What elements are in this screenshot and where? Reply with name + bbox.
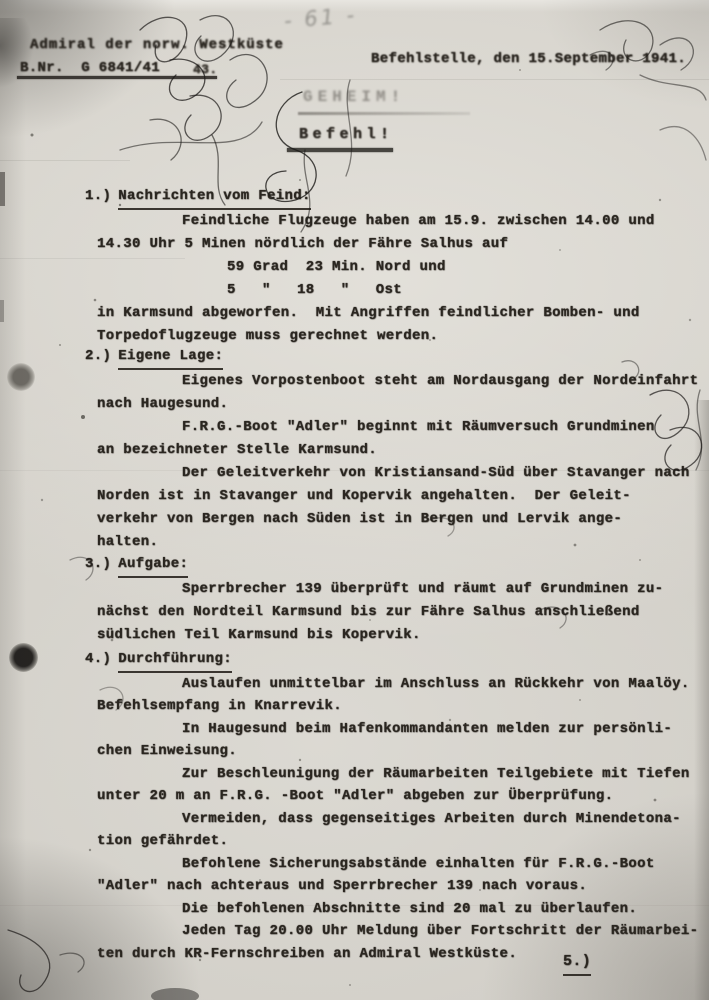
letterhead-underline [17,76,217,79]
order-section: 3.)Aufgabe:Sperrbrecher 139 überprüft un… [85,553,685,647]
order-text-line: Vermeiden, dass gegenseitiges Arbeiten d… [97,808,685,831]
secret-classification-stamp: Geheim! [303,88,405,106]
order-section: 1.)Nachrichten vom Feind:Feindliche Flug… [85,185,685,348]
order-text-line: Feindliche Flugzeuge haben am 15.9. zwis… [97,210,685,233]
punch-hole-upper [7,363,35,391]
order-text-line: unter 20 m an F.R.G. -Boot "Adler" abgeb… [97,785,685,808]
section-heading: Durchführung: [118,648,232,673]
section-heading-row: 3.)Aufgabe: [85,553,685,578]
order-section: 2.)Eigene Lage:Eigenes Vorpostenboot ste… [85,345,685,554]
order-text-line: 14.30 Uhr 5 Minen nördlich der Fähre Sal… [97,233,685,256]
paper-shading-left-edge [0,0,26,1000]
order-text-line: Befehlsempfang in Knarrevik. [97,695,685,718]
section-heading: Nachrichten vom Feind: [118,185,311,210]
order-text-line: Befohlene Sicherungsabstände einhalten f… [97,853,685,876]
paper-shading-right-edge [694,400,709,1000]
order-text-line: nächst den Nordteil Karmsund bis zur Fäh… [97,601,685,624]
section-heading: Eigene Lage: [118,345,223,370]
order-text-line: tion gefährdet. [97,830,685,853]
handwritten-page-number: - 61 - [283,3,358,33]
order-text-line: Auslaufen unmittelbar im Anschluss an Rü… [97,673,685,696]
order-text-line: Der Geleitverkehr von Kristiansand-Süd ü… [97,462,685,485]
document-title-underline [287,148,393,152]
order-text-line: Zur Beschleunigung der Räumarbeiten Teil… [97,763,685,786]
order-text-line: verkehr von Bergen nach Süden ist in Ber… [97,508,685,531]
section-number: 3.) [85,553,111,576]
section-number: 2.) [85,345,111,368]
paper-crease [280,79,709,80]
section-heading-row: 4.)Durchführung: [85,648,685,673]
scanned-document-page: - 61 - Admiral der norw. Westküste B.Nr.… [0,0,709,1000]
order-text-line: chen Einweisung. [97,740,685,763]
continuation-marker: 5.) [563,950,591,976]
order-text-line: ten durch KR-Fernschreiben an Admiral We… [97,943,685,966]
order-text-line: halten. [97,531,685,554]
order-text-line: "Adler" nach achteraus und Sperrbrecher … [97,875,685,898]
order-text-line: Sperrbrecher 139 überprüft und räumt auf… [97,578,685,601]
order-text-line: in Karmsund abgeworfen. Mit Angriffen fe… [97,302,685,325]
order-text-line: südlichen Teil Karmsund bis Kopervik. [97,624,685,647]
order-text-line: Norden ist in Stavanger und Kopervik ang… [97,485,685,508]
dateline: Befehlstelle, den 15.September 1941. [371,48,686,71]
order-text-line: Die befohlenen Abschnitte sind 20 mal zu… [97,898,685,921]
section-number: 1.) [85,185,111,208]
order-text-line: 59 Grad 23 Min. Nord und [97,256,685,279]
section-heading-row: 2.)Eigene Lage: [85,345,685,370]
order-text-line: an bezeichneter Stelle Karmsund. [97,439,685,462]
section-heading-row: 1.)Nachrichten vom Feind: [85,185,685,210]
section-number: 4.) [85,648,111,671]
paper-crease [0,160,130,161]
document-title: Befehl! [299,123,394,146]
order-text-line: nach Haugesund. [97,393,685,416]
order-text-line: Eigenes Vorpostenboot steht am Nordausga… [97,370,685,393]
section-heading: Aufgabe: [118,553,188,578]
order-text-line: In Haugesund beim Hafenkommandanten meld… [97,718,685,741]
punch-hole-lower [9,643,38,672]
order-section: 4.)Durchführung:Auslaufen unmittelbar im… [85,648,685,965]
order-text-line: 5 " 18 " Ost [97,279,685,302]
secret-stamp-underline [298,112,470,115]
order-text-line: F.R.G.-Boot "Adler" beginnt mit Räumvers… [97,416,685,439]
letterhead-issuer: Admiral der norw. Westküste [30,34,284,57]
order-text-line: Jeden Tag 20.00 Uhr Meldung über Fortsch… [97,920,685,943]
